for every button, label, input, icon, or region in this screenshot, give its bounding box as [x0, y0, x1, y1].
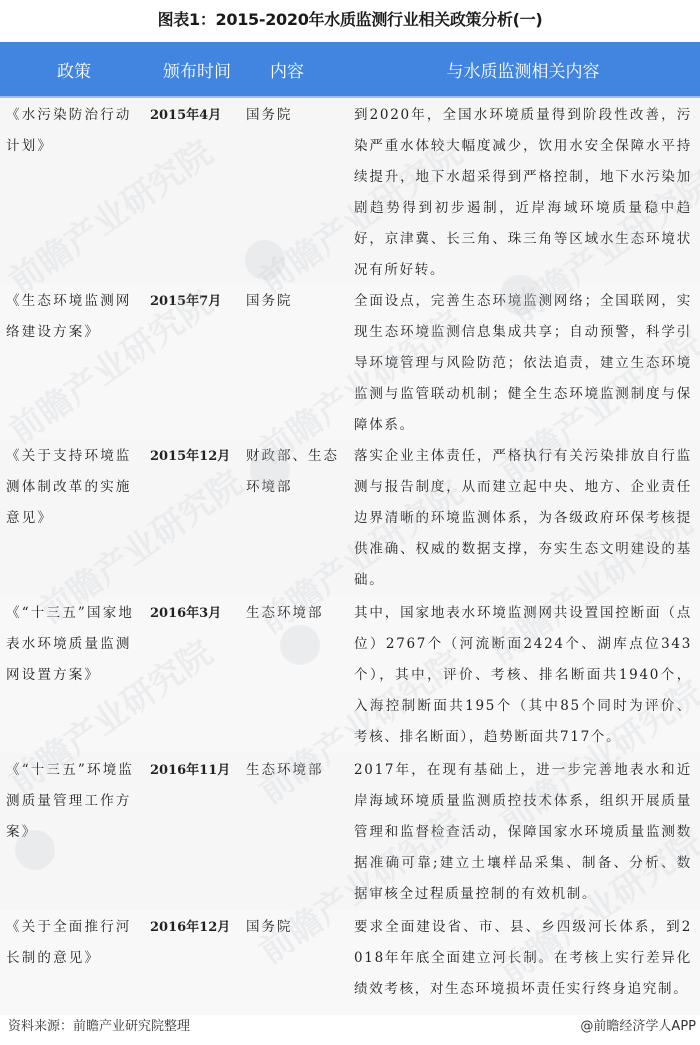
issuing-org: 生态环境部 — [246, 598, 350, 629]
issue-date: 2015年7月 — [148, 286, 246, 317]
issuing-org: 国务院 — [246, 912, 350, 943]
table-header: 政策 颁布时间 内容 与水质监测相关内容 — [0, 42, 700, 98]
table-row: 《关于支持环境监测体制改革的实施意见》 2015年12月 财政部、生态环境部 落… — [0, 439, 700, 596]
issue-date: 2016年11月 — [148, 755, 246, 786]
source-note: 资料来源：前瞻产业研究院整理 — [8, 1015, 190, 1034]
table-row: 《生态环境监测网络建设方案》 2015年7月 国务院 全面设点，完善生态环境监测… — [0, 284, 700, 439]
issuing-org: 生态环境部 — [246, 755, 350, 786]
header-related-content: 与水质监测相关内容 — [350, 57, 700, 82]
related-content: 2017年，在现有基础上，进一步完善地表水和近岸海域环境质量监测质控技术体系，组… — [350, 755, 700, 910]
policy-name: 《水污染防治行动计划》 — [0, 100, 148, 162]
related-content: 到2020年，全国水环境质量得到阶段性改善，污染严重水体较大幅度减少，饮用水安全… — [350, 100, 700, 286]
header-content: 内容 — [246, 57, 350, 82]
chart-title: 图表1：2015-2020年水质监测行业相关政策分析(一) — [0, 0, 700, 42]
header-date: 颁布时间 — [148, 57, 246, 82]
policy-name: 《生态环境监测网络建设方案》 — [0, 286, 148, 348]
related-content: 要求全面建设省、市、县、乡四级河长体系，到2018年年底全面建立河长制。在考核上… — [350, 912, 700, 1005]
issue-date: 2015年12月 — [148, 441, 246, 472]
table-row: 《“十三五”环境监测质量管理工作方案》 2016年11月 生态环境部 2017年… — [0, 753, 700, 910]
header-policy: 政策 — [0, 57, 148, 82]
issue-date: 2016年12月 — [148, 912, 246, 943]
table-row: 《关于全面推行河长制的意见》 2016年12月 国务院 要求全面建设省、市、县、… — [0, 910, 700, 1015]
policy-name: 《“十三五”国家地表水环境质量监测网设置方案》 — [0, 598, 148, 691]
credit-note: @前瞻经济学人APP — [580, 1015, 696, 1034]
issue-date: 2015年4月 — [148, 100, 246, 131]
policy-name: 《关于全面推行河长制的意见》 — [0, 912, 148, 974]
related-content: 全面设点，完善生态环境监测网络；全国联网，实现生态环境监测信息集成共享；自动预警… — [350, 286, 700, 441]
related-content: 落实企业主体责任，严格执行有关污染排放自行监测与报告制度，从而建立起中央、地方、… — [350, 441, 700, 596]
table-row: 《水污染防治行动计划》 2015年4月 国务院 到2020年，全国水环境质量得到… — [0, 98, 700, 284]
related-content: 其中，国家地表水环境监测网共设置国控断面（点位）2767个（河流断面2424个、… — [350, 598, 700, 753]
issuing-org: 财政部、生态环境部 — [246, 441, 350, 503]
policy-name: 《关于支持环境监测体制改革的实施意见》 — [0, 441, 148, 534]
issuing-org: 国务院 — [246, 100, 350, 131]
table-row: 《“十三五”国家地表水环境质量监测网设置方案》 2016年3月 生态环境部 其中… — [0, 596, 700, 753]
policy-table: 政策 颁布时间 内容 与水质监测相关内容 《水污染防治行动计划》 2015年4月… — [0, 42, 700, 1015]
policy-name: 《“十三五”环境监测质量管理工作方案》 — [0, 755, 148, 848]
issuing-org: 国务院 — [246, 286, 350, 317]
issue-date: 2016年3月 — [148, 598, 246, 629]
